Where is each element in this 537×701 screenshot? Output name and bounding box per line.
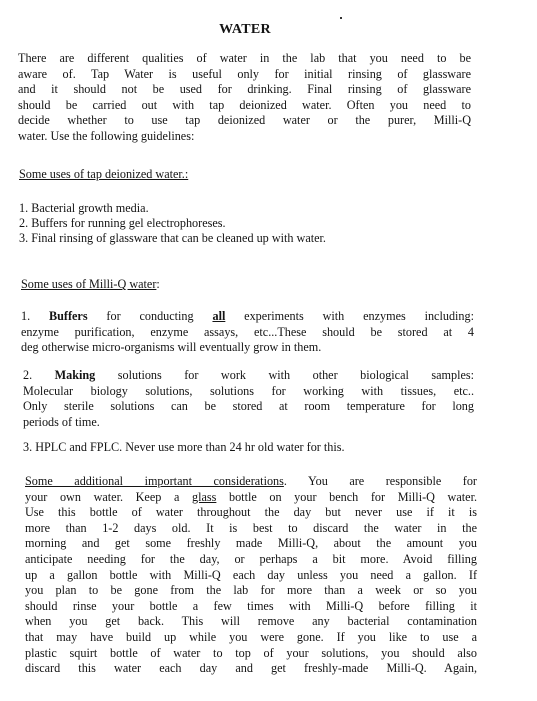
item-underlined-word: all [212, 309, 225, 323]
intro-line: There are different qualities of water i… [18, 51, 471, 67]
intro-paragraph: There are different qualities of water i… [18, 51, 471, 145]
considerations-line: Some additional important considerations… [25, 474, 477, 490]
considerations-line: your own water. Keep a glass bottle on y… [25, 490, 477, 506]
considerations-line: discard this water each day and get fres… [25, 661, 477, 677]
considerations-paragraph: Some additional important considerations… [25, 474, 477, 677]
item-line: Only sterile solutions can be stored at … [23, 399, 474, 415]
considerations-line: should rinse your bottle a few times wit… [25, 599, 477, 615]
page-title: WATER [0, 22, 490, 38]
considerations-line: more than 1-2 days old. It is best to di… [25, 521, 477, 537]
considerations-text: bottle on your bench for Milli-Q water. [216, 490, 477, 504]
item-text: for conducting [88, 309, 213, 323]
item-line: enzyme purification, enzyme assays, etc.… [21, 325, 474, 341]
considerations-text: . You are responsible for [284, 474, 477, 488]
scan-speck [340, 17, 342, 19]
item-number: 1. [21, 309, 49, 323]
intro-line: water. Use the following guidelines: [18, 129, 471, 145]
milliq-item-2: 2. Making solutions for work with other … [23, 368, 474, 430]
considerations-text: your own water. Keep a [25, 490, 192, 504]
intro-line: decide whether to use tap deionized wate… [18, 113, 471, 129]
item-bold-word: Making [55, 368, 96, 382]
item-text: experiments with enzymes including: [225, 309, 474, 323]
considerations-line: plastic squirt bottle of water to top of… [25, 646, 477, 662]
item-line: periods of time. [23, 415, 474, 431]
item-line: 1. Buffers for conducting all experiment… [21, 309, 474, 325]
underlined-word: glass [192, 490, 216, 504]
considerations-line: that may have build up while you were go… [25, 630, 477, 646]
tap-water-heading: Some uses of tap deionized water.: [19, 167, 188, 182]
item-number: 2. [23, 368, 55, 382]
list-item: 3. Final rinsing of glassware that can b… [19, 231, 326, 246]
milliq-heading-text: Some uses of Milli-Q water [21, 277, 156, 291]
considerations-line: anticipate needing for the day, or perha… [25, 552, 477, 568]
milliq-heading-suffix: : [156, 277, 159, 291]
considerations-heading: Some additional important considerations [25, 474, 284, 488]
considerations-line: morning and get some freshly made Milli-… [25, 536, 477, 552]
item-bold-word: Buffers [49, 309, 88, 323]
intro-line: should be carried out with tap deionized… [18, 98, 471, 114]
considerations-line: up a gallon bottle with Milli-Q each day… [25, 568, 477, 584]
list-item: 1. Bacterial growth media. [19, 201, 326, 216]
item-line: 2. Making solutions for work with other … [23, 368, 474, 384]
item-line: Molecular biology solutions, solutions f… [23, 384, 474, 400]
tap-water-list: 1. Bacterial growth media. 2. Buffers fo… [19, 201, 326, 246]
item-line: deg otherwise micro-organisms will event… [21, 340, 474, 356]
milliq-item-3: 3. HPLC and FPLC. Never use more than 24… [23, 440, 345, 455]
intro-line: aware of. Tap Water is useful only for i… [18, 67, 471, 83]
considerations-line: Use this bottle of water throughout the … [25, 505, 477, 521]
considerations-line: you plan to be gone from the lab for mor… [25, 583, 477, 599]
milliq-heading: Some uses of Milli-Q water: [21, 277, 160, 292]
milliq-item-1: 1. Buffers for conducting all experiment… [21, 309, 474, 356]
document-page: WATER There are different qualities of w… [0, 0, 537, 701]
list-item: 2. Buffers for running gel electrophores… [19, 216, 326, 231]
item-text: solutions for work with other biological… [95, 368, 474, 382]
considerations-line: when you get back. This will remove any … [25, 614, 477, 630]
intro-line: and it should not be used for drinking. … [18, 82, 471, 98]
